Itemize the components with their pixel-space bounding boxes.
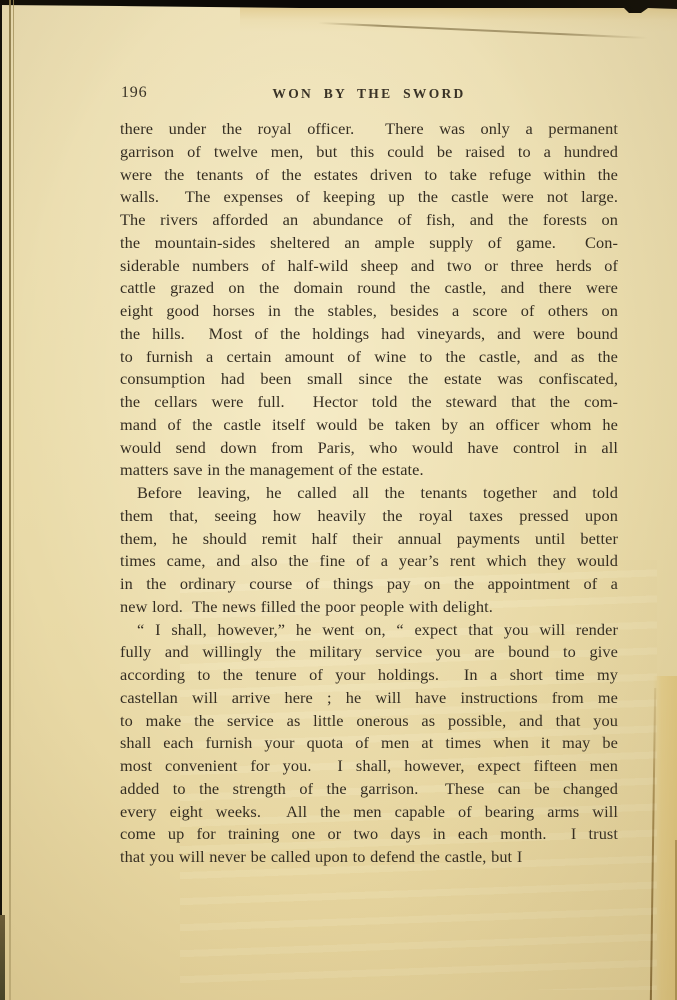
binding-line xyxy=(13,0,14,760)
page-right-edge xyxy=(653,676,677,1000)
text-line: them that, seeing how heavily the royal … xyxy=(120,505,618,528)
text-line: consumption had been small since the est… xyxy=(120,368,618,391)
text-line: “ I shall, however,” he went on, “ expec… xyxy=(120,619,618,642)
text-line: the mountain-sides sheltered an ample su… xyxy=(120,232,618,255)
text-line: would send down from Paris, who would ha… xyxy=(120,437,618,460)
text-line: matters save in the management of the es… xyxy=(120,459,618,482)
text-line: shall each furnish your quota of men at … xyxy=(120,732,618,755)
book-scan-photo: 196 WON BY THE SWORD there under the roy… xyxy=(0,0,677,1000)
text-line: cattle grazed on the domain round the ca… xyxy=(120,277,618,300)
text-line: mand of the castle itself would be taken… xyxy=(120,414,618,437)
binding-bottom-edge xyxy=(0,915,5,1000)
paragraph: Before leaving, he called all the tenant… xyxy=(120,482,618,619)
text-line: Before leaving, he called all the tenant… xyxy=(120,482,618,505)
text-line: added to the strength of the garrison. T… xyxy=(120,778,618,801)
paragraph: “ I shall, however,” he went on, “ expec… xyxy=(120,619,618,869)
text-line: most convenient for you. I shall, howeve… xyxy=(120,755,618,778)
text-line: to furnish a certain amount of wine to t… xyxy=(120,346,618,369)
text-line: new lord. The news filled the poor peopl… xyxy=(120,596,618,619)
text-line: times came, and also the fine of a year’… xyxy=(120,550,618,573)
text-line: them, he should remit half their annual … xyxy=(120,528,618,551)
text-line: according to the tenure of your holdings… xyxy=(120,664,618,687)
running-title: WON BY THE SWORD xyxy=(120,86,618,102)
paragraph: there under the royal officer. There was… xyxy=(120,118,618,482)
text-line: fully and willingly the military service… xyxy=(120,641,618,664)
text-line: were the tenants of the estates driven t… xyxy=(120,164,618,187)
text-line: eight good horses in the stables, beside… xyxy=(120,300,618,323)
text-line: there under the royal officer. There was… xyxy=(120,118,618,141)
printed-page-content: 196 WON BY THE SWORD there under the roy… xyxy=(120,84,618,869)
text-line: come up for training one or two days in … xyxy=(120,823,618,846)
text-line: walls. The expenses of keeping up the ca… xyxy=(120,186,618,209)
text-line: castellan will arrive here ; he will hav… xyxy=(120,687,618,710)
text-line: garrison of twelve men, but this could b… xyxy=(120,141,618,164)
text-line: the cellars were full. Hector told the s… xyxy=(120,391,618,414)
text-line: The rivers afforded an abundance of fish… xyxy=(120,209,618,232)
text-line: to make the service as little onerous as… xyxy=(120,710,618,733)
binding-line xyxy=(9,0,11,1000)
text-line: in the ordinary course of things pay on … xyxy=(120,573,618,596)
page-header: 196 WON BY THE SWORD xyxy=(120,84,618,106)
text-line: the hills. Most of the holdings had vine… xyxy=(120,323,618,346)
text-line: siderable numbers of half-wild sheep and… xyxy=(120,255,618,278)
text-line: every eight weeks. All the men capable o… xyxy=(120,801,618,824)
text-block: there under the royal officer. There was… xyxy=(120,118,618,869)
text-line: that you will never be called upon to de… xyxy=(120,846,618,869)
book-binding-gutter xyxy=(0,0,48,1000)
